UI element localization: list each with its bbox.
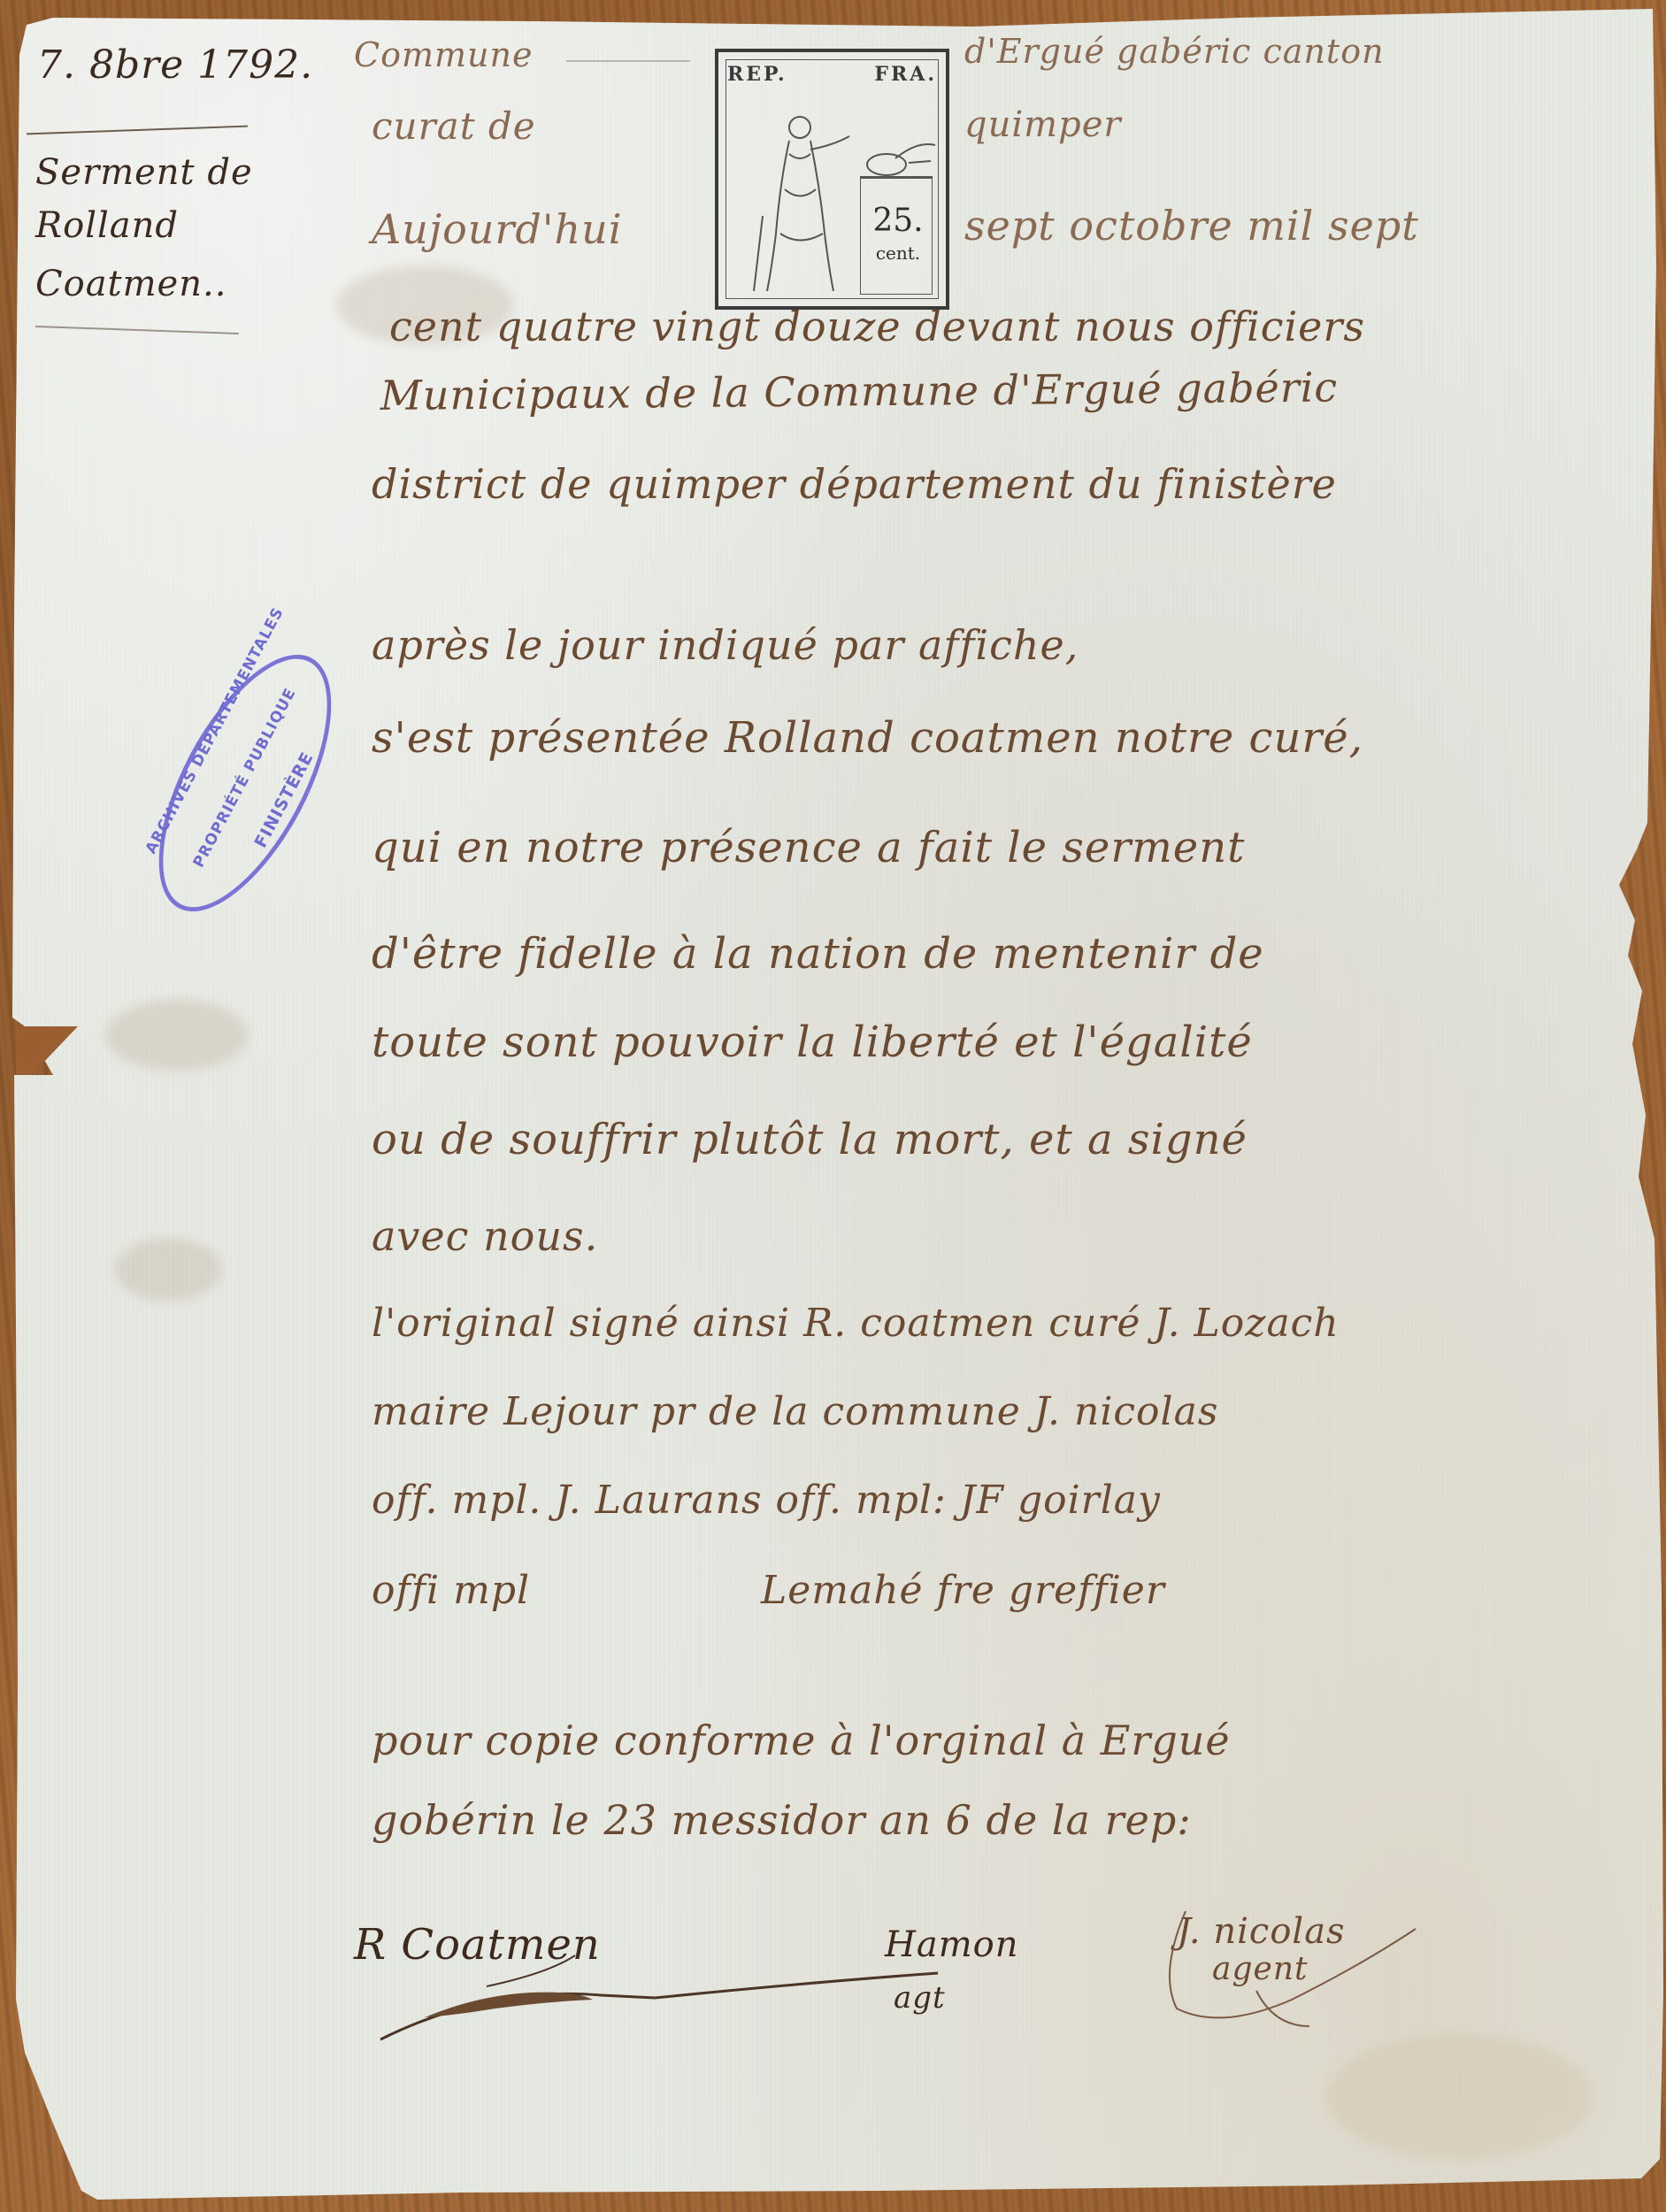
stain — [106, 1000, 248, 1071]
stamp-right-text: FRA. — [874, 63, 937, 86]
signature-flourish-icon — [1150, 1902, 1433, 2035]
margin-date: 7. 8bre 1792. — [37, 42, 313, 88]
stamp-value: 25. cent. — [867, 203, 929, 264]
body-line-8: d'être fidelle à la nation de mentenir d… — [372, 929, 1264, 979]
margin-line-1: Serment de — [35, 152, 253, 193]
stamp-value-number: 25. — [867, 203, 929, 239]
header-rule — [566, 60, 690, 62]
body-line-9: toute sont pouvoir la liberté et l'égali… — [372, 1018, 1253, 1067]
body-line-15a: offi mpl — [372, 1568, 530, 1613]
stamp-left-text: REP. — [727, 63, 787, 86]
stain — [1327, 2035, 1593, 2159]
stain — [115, 1239, 221, 1301]
signature-hamon: Hamon — [885, 1924, 1019, 1965]
fasces-icon — [860, 136, 940, 180]
body-line-4: district de quimper département du finis… — [372, 460, 1337, 508]
body-line-2: cent quatre vingt douze devant nous offi… — [389, 303, 1365, 350]
header-commune-name: d'Ergué gabéric canton — [964, 32, 1385, 71]
body-line-15b: Lemahé fre greffier — [761, 1568, 1165, 1613]
body-line-16: pour copie conforme à l'orginal à Ergué — [372, 1717, 1231, 1764]
header-commune: Commune — [354, 35, 533, 74]
allegorical-figure-icon — [745, 101, 851, 296]
body-line-1-right: sept octobre mil sept — [964, 202, 1419, 250]
stamp-header: REP. FRA. — [727, 63, 937, 86]
header-quimper: quimper — [964, 104, 1122, 145]
body-line-6: s'est présentée Rolland coatmen notre cu… — [372, 713, 1363, 763]
signature-hamon-title: agt — [894, 1980, 946, 2016]
body-line-10: ou de souffrir plutôt la mort, et a sign… — [372, 1115, 1248, 1164]
body-line-12: l'original signé ainsi R. coatmen curé J… — [372, 1301, 1340, 1346]
stamp-value-unit: cent. — [867, 242, 929, 264]
body-line-7: qui en notre présence a fait le serment — [372, 823, 1245, 872]
header-curat: curat de — [372, 104, 536, 148]
body-line-13: maire Lejour pr de la commune J. nicolas — [372, 1389, 1218, 1434]
body-line-5: après le jour indiqué par affiche, — [372, 621, 1079, 669]
body-line-11: avec nous. — [372, 1212, 598, 1260]
body-line-14: off. mpl. J. Laurans off. mpl: JF goirla… — [372, 1478, 1161, 1523]
revenue-stamp: REP. FRA. 25. cent. — [715, 49, 949, 310]
body-line-1-left: Aujourd'hui — [372, 205, 622, 253]
margin-line-2: Rolland — [35, 205, 179, 246]
margin-line-3: Coatmen.. — [35, 264, 226, 304]
body-line-17: gobérin le 23 messidor an 6 de la rep: — [372, 1796, 1192, 1844]
body-line-3: Municipaux de la Commune d'Ergué gabéric — [380, 364, 1339, 419]
